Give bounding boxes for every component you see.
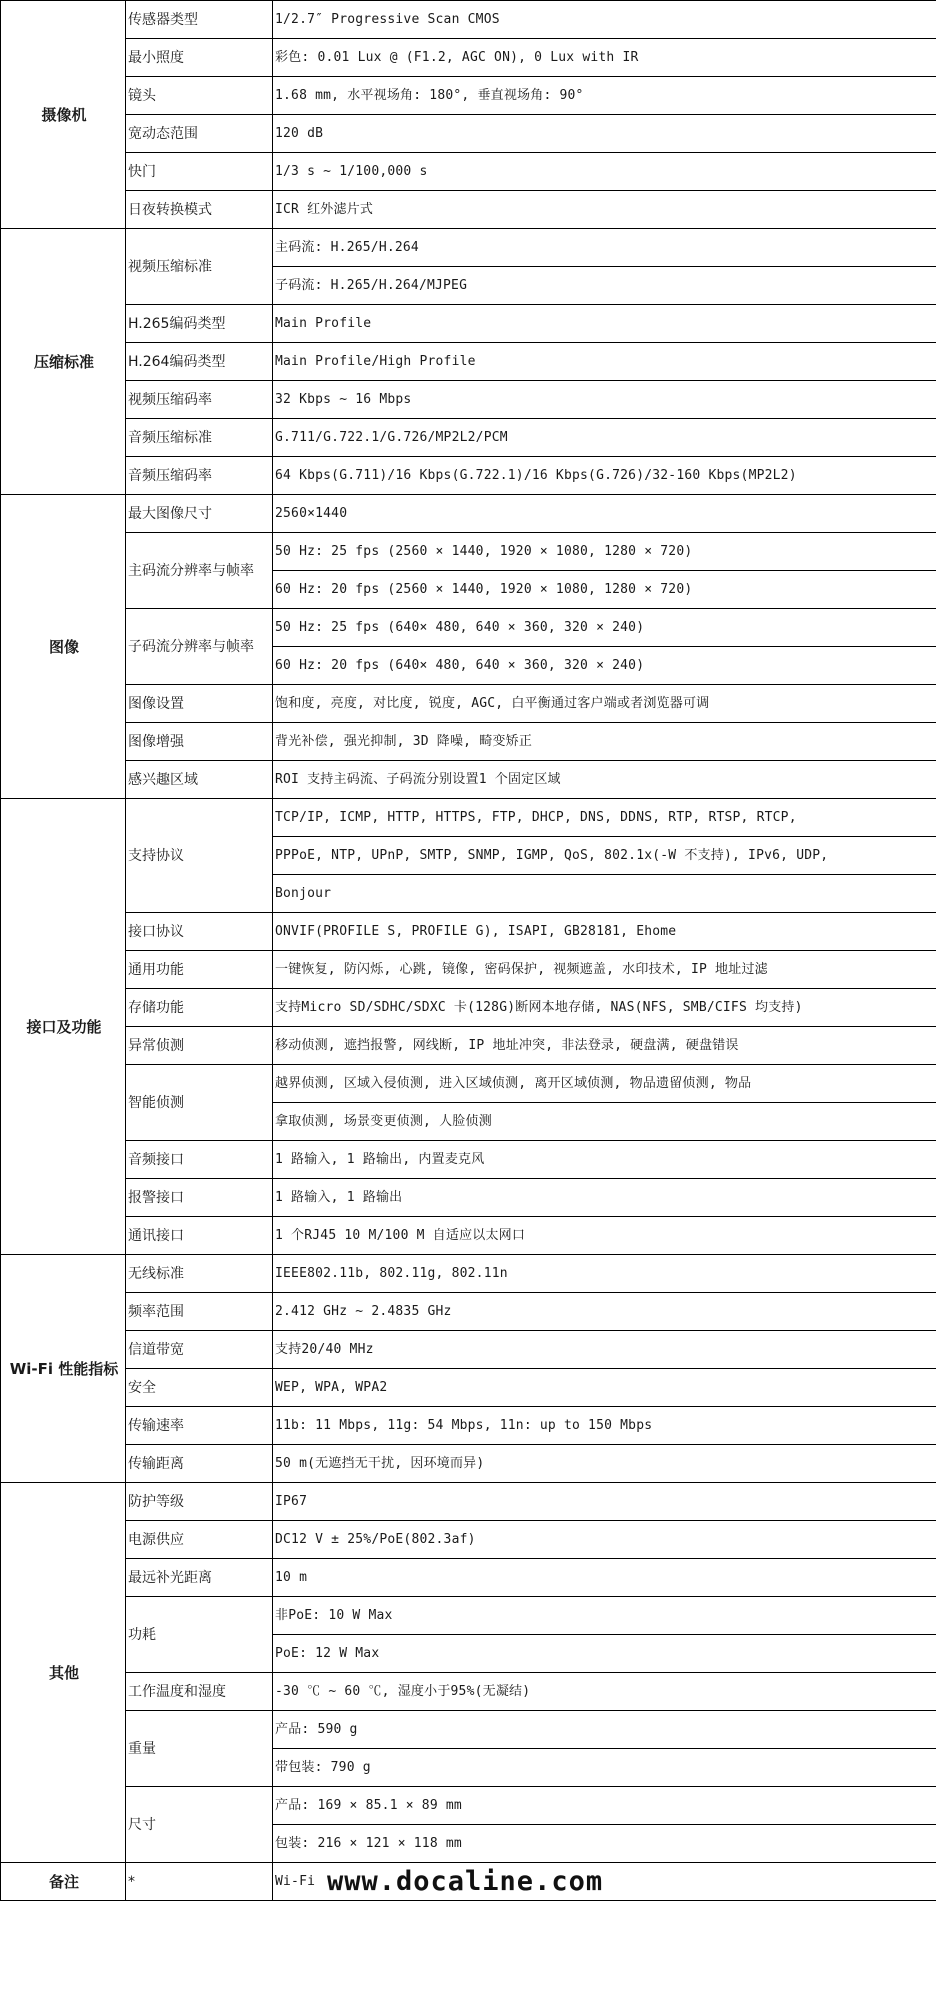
spec-value: ICR 红外滤片式 [273,191,936,229]
table-row: 功耗非PoE: 10 W Max [1,1597,936,1635]
table-row: 视频压缩码率32 Kbps ~ 16 Mbps [1,381,936,419]
spec-value: 11b: 11 Mbps, 11g: 54 Mbps, 11n: up to 1… [273,1407,936,1445]
table-row: 日夜转换模式ICR 红外滤片式 [1,191,936,229]
table-row: 镜头1.68 mm, 水平视场角: 180°, 垂直视场角: 90° [1,77,936,115]
spec-label: 最大图像尺寸 [126,495,273,533]
spec-value: 饱和度, 亮度, 对比度, 锐度, AGC, 白平衡通过客户端或者浏览器可调 [273,685,936,723]
spec-value: 50 Hz: 25 fps (640× 480, 640 × 360, 320 … [273,609,936,647]
spec-label: 尺寸 [126,1787,273,1863]
spec-label: 频率范围 [126,1293,273,1331]
spec-value: 2.412 GHz ~ 2.4835 GHz [273,1293,936,1331]
table-row: 工作温度和湿度-30 ℃ ~ 60 ℃, 湿度小于95%(无凝结) [1,1673,936,1711]
table-row: 接口及功能支持协议TCP/IP, ICMP, HTTP, HTTPS, FTP,… [1,799,936,837]
spec-label: 感兴趣区域 [126,761,273,799]
table-row: 宽动态范围120 dB [1,115,936,153]
section-heading: 压缩标准 [1,229,126,495]
spec-value: 支持20/40 MHz [273,1331,936,1369]
table-row: 频率范围2.412 GHz ~ 2.4835 GHz [1,1293,936,1331]
spec-value: 彩色: 0.01 Lux @ (F1.2, AGC ON), 0 Lux wit… [273,39,936,77]
table-row: 图像设置饱和度, 亮度, 对比度, 锐度, AGC, 白平衡通过客户端或者浏览器… [1,685,936,723]
spec-value: 1/2.7″ Progressive Scan CMOS [273,1,936,39]
section-heading: 接口及功能 [1,799,126,1255]
spec-label: 主码流分辨率与帧率 [126,533,273,609]
spec-label: 传感器类型 [126,1,273,39]
spec-value: 移动侦测, 遮挡报警, 网线断, IP 地址冲突, 非法登录, 硬盘满, 硬盘错… [273,1027,936,1065]
table-row: 安全WEP, WPA, WPA2 [1,1369,936,1407]
spec-label: 电源供应 [126,1521,273,1559]
table-row: 音频压缩码率64 Kbps(G.711)/16 Kbps(G.722.1)/16… [1,457,936,495]
note-value-cell: Wi-Fiwww.docaline.com [273,1863,936,1901]
spec-label: 传输速率 [126,1407,273,1445]
table-row: 主码流分辨率与帧率50 Hz: 25 fps (2560 × 1440, 192… [1,533,936,571]
spec-label: 信道带宽 [126,1331,273,1369]
table-row: 存储功能支持Micro SD/SDHC/SDXC 卡(128G)断网本地存储, … [1,989,936,1027]
spec-label: 子码流分辨率与帧率 [126,609,273,685]
spec-label: 智能侦测 [126,1065,273,1141]
note-row: 备注*Wi-Fiwww.docaline.com [1,1863,936,1901]
table-row: 压缩标准视频压缩标准主码流: H.265/H.264 [1,229,936,267]
spec-label: 工作温度和湿度 [126,1673,273,1711]
spec-label: 镜头 [126,77,273,115]
table-row: 报警接口1 路输入, 1 路输出 [1,1179,936,1217]
spec-value: 子码流: H.265/H.264/MJPEG [273,267,936,305]
table-row: 接口协议ONVIF(PROFILE S, PROFILE G), ISAPI, … [1,913,936,951]
spec-label: 音频压缩标准 [126,419,273,457]
spec-value: 1 个RJ45 10 M/100 M 自适应以太网口 [273,1217,936,1255]
spec-label: 最远补光距离 [126,1559,273,1597]
spec-value: 120 dB [273,115,936,153]
table-row: 音频接口1 路输入, 1 路输出, 内置麦克风 [1,1141,936,1179]
spec-value: 60 Hz: 20 fps (2560 × 1440, 1920 × 1080,… [273,571,936,609]
spec-label: 音频接口 [126,1141,273,1179]
table-row: 尺寸产品: 169 × 85.1 × 89 mm [1,1787,936,1825]
spec-value: ONVIF(PROFILE S, PROFILE G), ISAPI, GB28… [273,913,936,951]
spec-value: 包装: 216 × 121 × 118 mm [273,1825,936,1863]
note-value: Wi-Fi [275,1874,315,1889]
spec-label: 音频压缩码率 [126,457,273,495]
spec-value: 支持Micro SD/SDHC/SDXC 卡(128G)断网本地存储, NAS(… [273,989,936,1027]
section-heading: 其他 [1,1483,126,1863]
spec-value: PoE: 12 W Max [273,1635,936,1673]
spec-value: Main Profile [273,305,936,343]
table-row: H.264编码类型Main Profile/High Profile [1,343,936,381]
spec-value: G.711/G.722.1/G.726/MP2L2/PCM [273,419,936,457]
spec-value: Bonjour [273,875,936,913]
spec-label: 异常侦测 [126,1027,273,1065]
spec-value: 背光补偿, 强光抑制, 3D 降噪, 畸变矫正 [273,723,936,761]
table-row: 图像增强背光补偿, 强光抑制, 3D 降噪, 畸变矫正 [1,723,936,761]
table-row: Wi-Fi 性能指标无线标准IEEE802.11b, 802.11g, 802.… [1,1255,936,1293]
section-heading: 图像 [1,495,126,799]
spec-label: 重量 [126,1711,273,1787]
spec-value: 产品: 590 g [273,1711,936,1749]
spec-label: 图像增强 [126,723,273,761]
spec-value: IEEE802.11b, 802.11g, 802.11n [273,1255,936,1293]
spec-value: 1/3 s ~ 1/100,000 s [273,153,936,191]
table-row: 重量产品: 590 g [1,1711,936,1749]
table-row: 通用功能一键恢复, 防闪烁, 心跳, 镜像, 密码保护, 视频遮盖, 水印技术,… [1,951,936,989]
spec-label: 存储功能 [126,989,273,1027]
table-row: 快门1/3 s ~ 1/100,000 s [1,153,936,191]
spec-value: DC12 V ± 25%/PoE(802.3af) [273,1521,936,1559]
spec-label: 接口协议 [126,913,273,951]
table-row: 智能侦测越界侦测, 区域入侵侦测, 进入区域侦测, 离开区域侦测, 物品遗留侦测… [1,1065,936,1103]
table-row: H.265编码类型Main Profile [1,305,936,343]
spec-label: 宽动态范围 [126,115,273,153]
spec-value: 带包装: 790 g [273,1749,936,1787]
spec-label: 报警接口 [126,1179,273,1217]
spec-label: 通讯接口 [126,1217,273,1255]
spec-label: 视频压缩标准 [126,229,273,305]
spec-value: 32 Kbps ~ 16 Mbps [273,381,936,419]
table-row: 通讯接口1 个RJ45 10 M/100 M 自适应以太网口 [1,1217,936,1255]
spec-table-body: 摄像机传感器类型1/2.7″ Progressive Scan CMOS最小照度… [1,1,936,1901]
table-row: 音频压缩标准G.711/G.722.1/G.726/MP2L2/PCM [1,419,936,457]
table-row: 图像最大图像尺寸2560×1440 [1,495,936,533]
spec-label: 防护等级 [126,1483,273,1521]
spec-label: 传输距离 [126,1445,273,1483]
spec-value: 60 Hz: 20 fps (640× 480, 640 × 360, 320 … [273,647,936,685]
spec-value: 1 路输入, 1 路输出, 内置麦克风 [273,1141,936,1179]
spec-value: -30 ℃ ~ 60 ℃, 湿度小于95%(无凝结) [273,1673,936,1711]
spec-value: 越界侦测, 区域入侵侦测, 进入区域侦测, 离开区域侦测, 物品遗留侦测, 物品 [273,1065,936,1103]
section-heading: 摄像机 [1,1,126,229]
table-row: 传输距离50 m(无遮挡无干扰, 因环境而异) [1,1445,936,1483]
spec-table: 摄像机传感器类型1/2.7″ Progressive Scan CMOS最小照度… [0,0,936,1901]
spec-value: 一键恢复, 防闪烁, 心跳, 镜像, 密码保护, 视频遮盖, 水印技术, IP … [273,951,936,989]
spec-value: Main Profile/High Profile [273,343,936,381]
spec-value: TCP/IP, ICMP, HTTP, HTTPS, FTP, DHCP, DN… [273,799,936,837]
table-row: 最远补光距离10 m [1,1559,936,1597]
watermark-text: www.docaline.com [327,1864,603,1900]
table-row: 信道带宽支持20/40 MHz [1,1331,936,1369]
note-label: * [126,1863,273,1901]
spec-value: 1 路输入, 1 路输出 [273,1179,936,1217]
spec-label: H.264编码类型 [126,343,273,381]
spec-value: 1.68 mm, 水平视场角: 180°, 垂直视场角: 90° [273,77,936,115]
spec-label: 最小照度 [126,39,273,77]
spec-value: 非PoE: 10 W Max [273,1597,936,1635]
spec-label: 安全 [126,1369,273,1407]
section-heading: Wi-Fi 性能指标 [1,1255,126,1483]
spec-label: 通用功能 [126,951,273,989]
spec-value: 主码流: H.265/H.264 [273,229,936,267]
spec-value: PPPoE, NTP, UPnP, SMTP, SNMP, IGMP, QoS,… [273,837,936,875]
spec-label: 视频压缩码率 [126,381,273,419]
spec-value: 10 m [273,1559,936,1597]
spec-value: 50 Hz: 25 fps (2560 × 1440, 1920 × 1080,… [273,533,936,571]
table-row: 传输速率11b: 11 Mbps, 11g: 54 Mbps, 11n: up … [1,1407,936,1445]
table-row: 异常侦测移动侦测, 遮挡报警, 网线断, IP 地址冲突, 非法登录, 硬盘满,… [1,1027,936,1065]
spec-label: 快门 [126,153,273,191]
table-row: 最小照度彩色: 0.01 Lux @ (F1.2, AGC ON), 0 Lux… [1,39,936,77]
spec-value: 64 Kbps(G.711)/16 Kbps(G.722.1)/16 Kbps(… [273,457,936,495]
spec-label: 无线标准 [126,1255,273,1293]
spec-label: 功耗 [126,1597,273,1673]
spec-label: 支持协议 [126,799,273,913]
table-row: 其他防护等级IP67 [1,1483,936,1521]
spec-value: WEP, WPA, WPA2 [273,1369,936,1407]
spec-value: 2560×1440 [273,495,936,533]
spec-label: 图像设置 [126,685,273,723]
spec-value: 拿取侦测, 场景变更侦测, 人脸侦测 [273,1103,936,1141]
table-row: 摄像机传感器类型1/2.7″ Progressive Scan CMOS [1,1,936,39]
spec-label: 日夜转换模式 [126,191,273,229]
spec-label: H.265编码类型 [126,305,273,343]
note-heading: 备注 [1,1863,126,1901]
spec-value: 产品: 169 × 85.1 × 89 mm [273,1787,936,1825]
table-row: 电源供应DC12 V ± 25%/PoE(802.3af) [1,1521,936,1559]
table-row: 子码流分辨率与帧率50 Hz: 25 fps (640× 480, 640 × … [1,609,936,647]
table-row: 感兴趣区域ROI 支持主码流、子码流分别设置1 个固定区域 [1,761,936,799]
spec-value: 50 m(无遮挡无干扰, 因环境而异) [273,1445,936,1483]
spec-value: ROI 支持主码流、子码流分别设置1 个固定区域 [273,761,936,799]
spec-value: IP67 [273,1483,936,1521]
